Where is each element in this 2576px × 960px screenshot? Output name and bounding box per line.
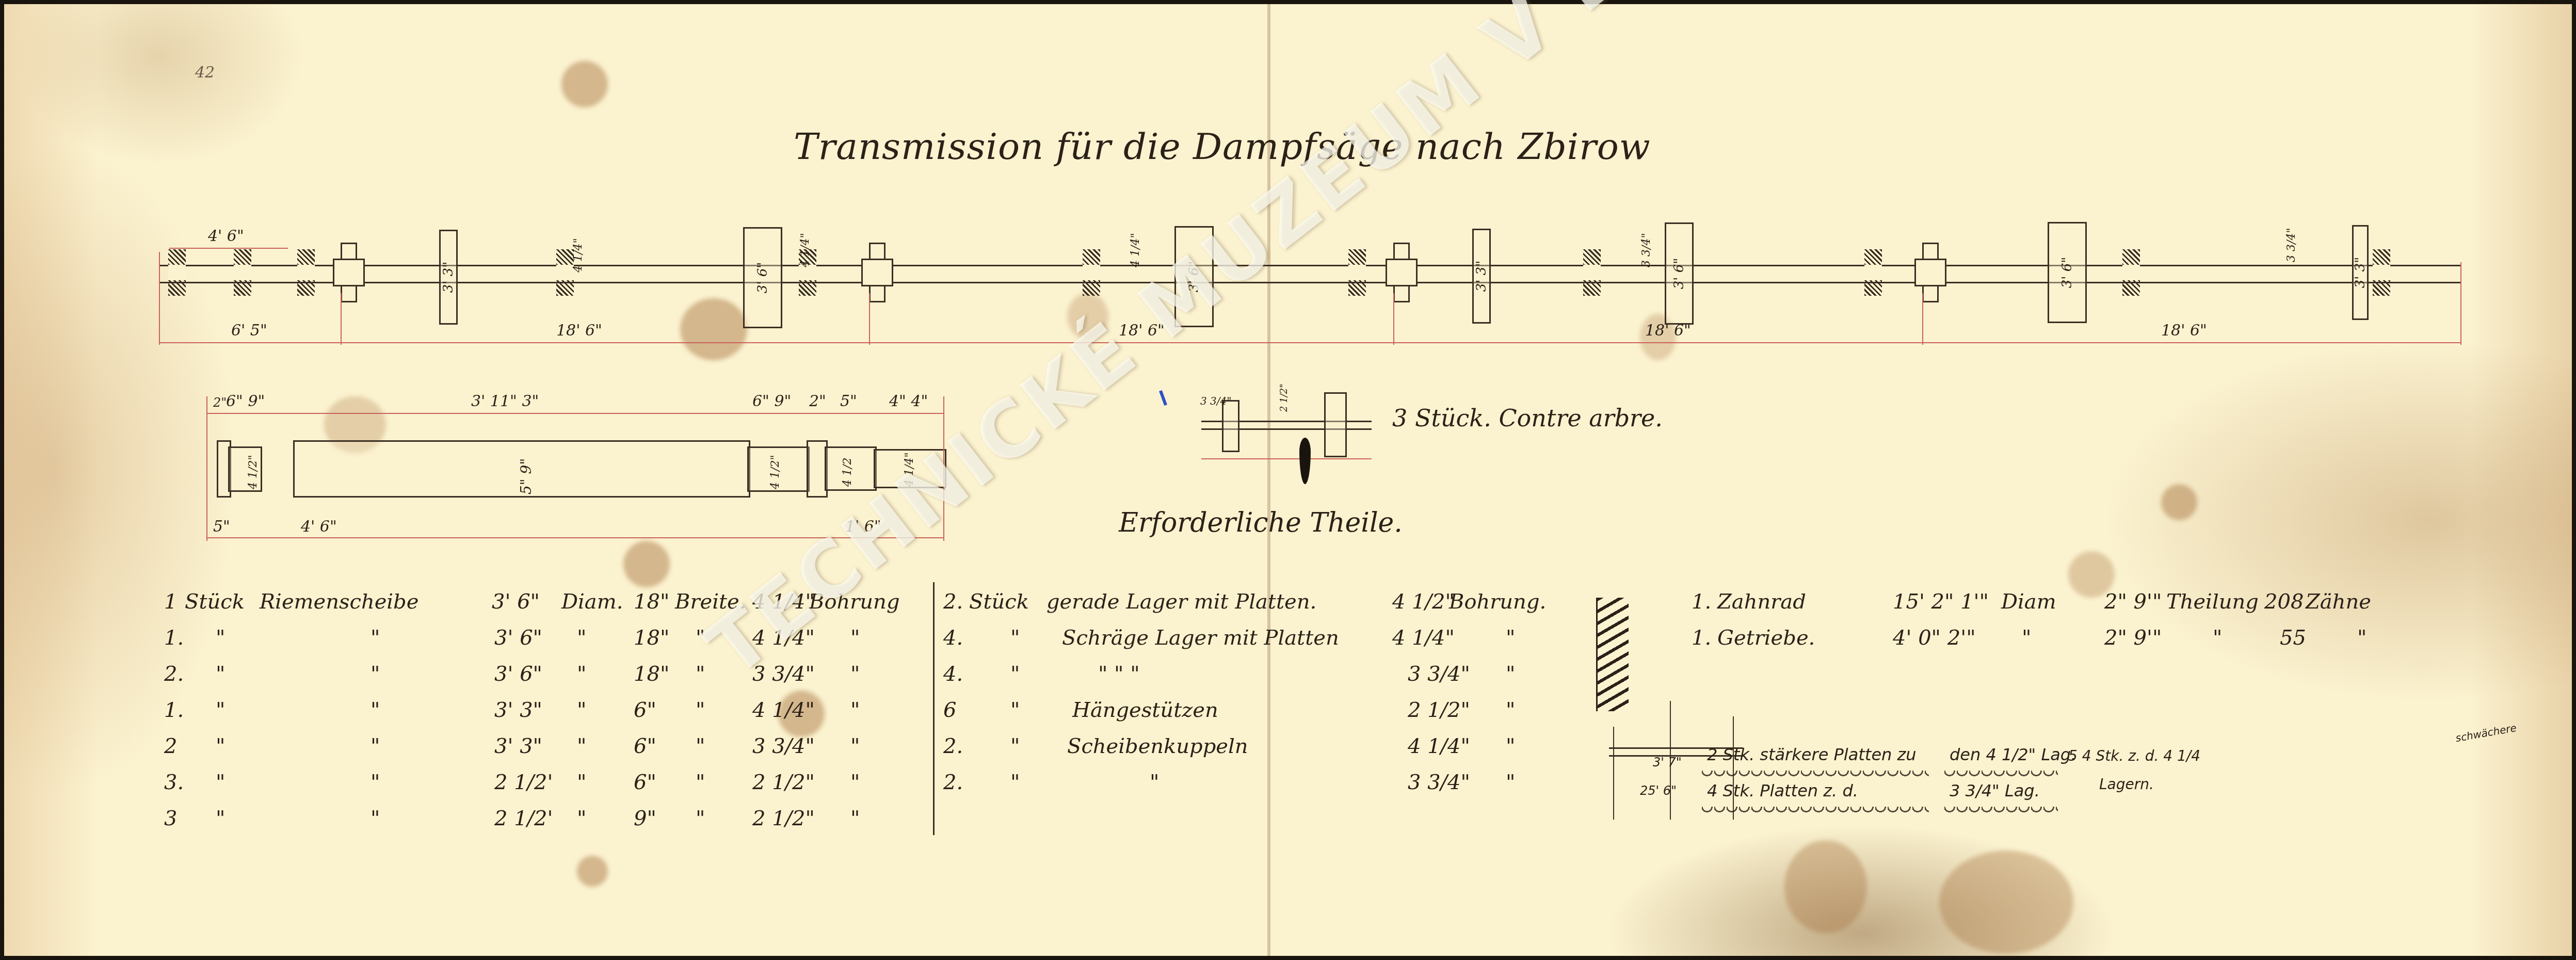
bearing-icon — [297, 249, 315, 296]
bearing-icon — [2373, 249, 2390, 296]
detail-diameter: 5" 9" — [518, 458, 535, 494]
segment-dimension: 18' 6" — [2161, 322, 2207, 340]
gear-tooth-section-icon — [1596, 598, 1629, 711]
drawing-sheet: 42 Transmission für die Dampfsäge nach Z… — [4, 4, 2572, 956]
dim-tick — [869, 293, 870, 345]
underline-wavy — [1944, 807, 2058, 814]
shaft-diameter-label: 4 1/4" — [1129, 233, 1142, 267]
coupling-icon — [1393, 243, 1410, 302]
table-divider — [933, 582, 935, 835]
countershaft-dim-line — [1201, 458, 1372, 459]
bearing-icon — [234, 249, 251, 296]
shaft-diameter-label: 4 1/4" — [799, 233, 812, 267]
drawing-title: Transmission für die Dampfsäge nach Zbir… — [794, 125, 1651, 168]
shaft-dimension-line — [159, 342, 2460, 343]
paper-tear — [1299, 438, 1311, 484]
coupling-icon — [1922, 243, 1939, 302]
dim-tick — [1393, 293, 1394, 345]
segment-dimension: 6' 5" — [231, 322, 267, 340]
stain — [561, 61, 608, 107]
detail-bottom-dim: 4' 6" — [301, 518, 337, 536]
countershaft-dim: 3 3/4" — [1200, 395, 1231, 407]
bearing-icon — [1083, 249, 1100, 296]
detail-top-dim-line — [206, 413, 943, 414]
dim-tick — [1922, 293, 1923, 345]
plate-dim: 3' 7" — [1653, 755, 1682, 770]
bearing-icon — [1583, 249, 1601, 296]
countershaft-pulley — [1222, 400, 1239, 452]
pulley: 3' 6" — [2048, 222, 2087, 323]
shaft-diameter-label: 3 3/4" — [1640, 233, 1653, 267]
plate-dim: 25' 6" — [1640, 783, 1677, 798]
underline-wavy — [1944, 771, 2058, 778]
bearing-icon — [556, 249, 574, 296]
stain — [577, 856, 608, 887]
detail-top-dim: 6" 9" — [752, 392, 791, 410]
dim-tick — [341, 293, 342, 345]
pulley: 3' 3" — [2352, 225, 2369, 320]
detail-top-dim: 2" — [809, 392, 826, 410]
plate-edge — [1613, 727, 1614, 820]
note-line: schwächere — [2455, 722, 2518, 744]
contre-arbre-label: 3 Stück. Contre arbre. — [1392, 404, 1663, 432]
top-dimension-label: 4' 6" — [208, 227, 244, 245]
pulley: 3' 3" — [1472, 229, 1491, 324]
pulley: 3' 6" — [1665, 222, 1694, 325]
segment-dimension: 18' 6" — [556, 322, 602, 340]
blue-pen-mark — [1159, 390, 1167, 406]
stain — [1939, 851, 2073, 954]
coupling-icon — [341, 243, 357, 302]
detail-top-dim: 5" — [840, 392, 857, 410]
bearing-icon — [1864, 249, 1882, 296]
note-line: 3 3/4" Lag. — [1950, 781, 2040, 801]
stain — [1784, 840, 1867, 933]
parts-heading: Erforderliche Theile. — [1119, 507, 1403, 538]
top-dimension-line — [169, 248, 288, 249]
detail-top-dim: 3' 11" 3" — [471, 392, 539, 410]
pulley: 3' 6" — [743, 227, 782, 328]
note-line: 2 Stk. stärkere Platten zu — [1707, 745, 1917, 764]
countershaft-dim: 2 1/2" — [1279, 384, 1290, 412]
detail-top-dim: 2" — [213, 395, 227, 410]
segment-dimension: 18' 6" — [1645, 322, 1691, 340]
shaft-diameter-label: 3 3/4" — [2285, 228, 2298, 262]
shaft-diameter-label: 4 1/4" — [572, 238, 585, 273]
stain — [2161, 484, 2197, 520]
detail-diameter: 4 1/2" — [247, 455, 260, 489]
coupling-icon — [869, 243, 886, 302]
detail-top-dim: 4" 4" — [889, 392, 928, 410]
detail-diameter: 4 1/2 — [841, 458, 854, 487]
note-line: den 4 1/2" Lag. — [1950, 745, 2076, 764]
note-line: 4 Stk. Platten z. d. — [1707, 781, 1858, 801]
countershaft-pulley — [1324, 392, 1347, 457]
stain — [680, 298, 747, 360]
detail-top-dim: 6" 9" — [226, 392, 265, 410]
bearing-icon — [168, 249, 186, 296]
plate-edge — [1733, 716, 1734, 820]
corner-mark: 42 — [195, 63, 215, 82]
bearing-icon — [2122, 249, 2140, 296]
note-line: 5 4 Stk. z. d. 4 1/4 — [2068, 747, 2200, 764]
underline-wavy — [1702, 807, 1929, 814]
note-line: Lagern. — [2099, 776, 2154, 793]
dim-tick — [2460, 262, 2461, 345]
detail-bottom-dim: 5" — [213, 518, 230, 536]
underline-wavy — [1702, 771, 1929, 778]
detail-diameter: 4 1/2" — [769, 455, 782, 489]
stain — [623, 541, 670, 587]
bearing-icon — [1348, 249, 1366, 296]
dim-tick — [206, 396, 207, 541]
dim-tick — [159, 252, 160, 345]
main-shaft — [159, 265, 2460, 283]
pulley: 3' 3" — [439, 230, 458, 325]
